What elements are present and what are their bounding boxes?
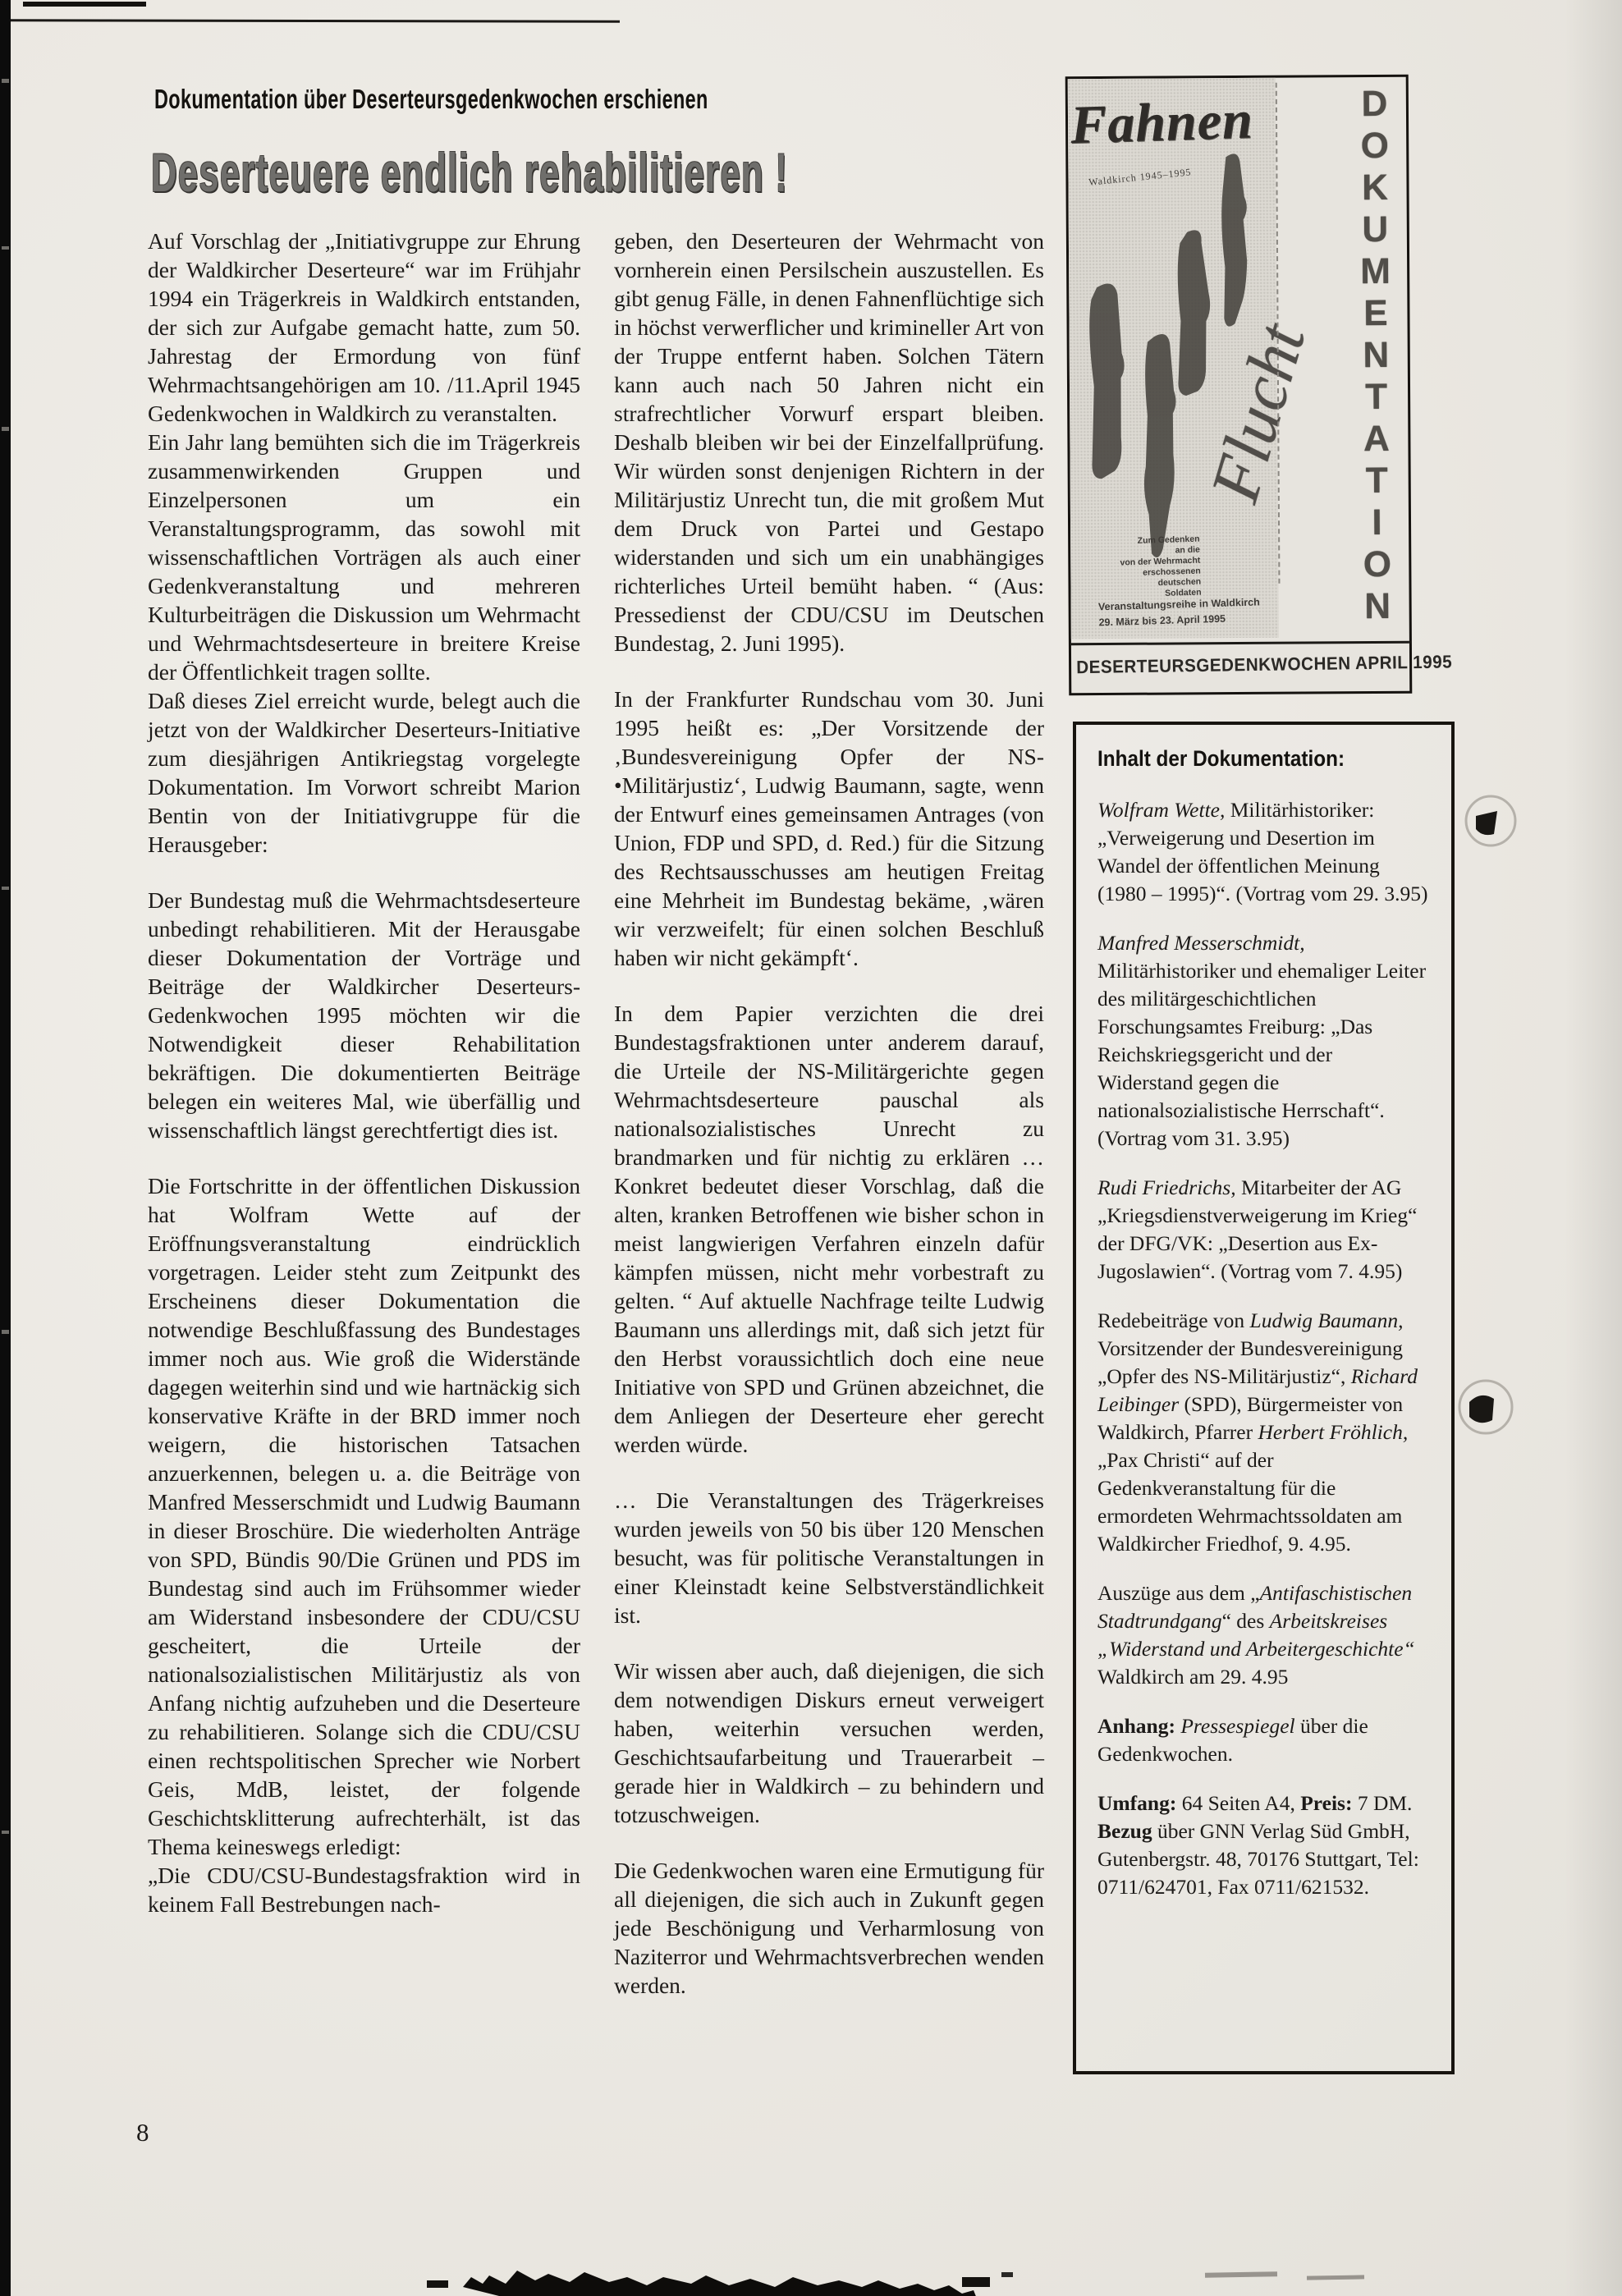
figure-caption: DESERTEURSGEDENKWOCHEN APRIL 1995 <box>1076 651 1452 678</box>
inhalt-entry: Wolfram Wette, Militärhistoriker: „Verwe… <box>1097 796 1432 908</box>
ink-spot <box>1448 1373 1519 1443</box>
article-column-middle: geben, den Deserteuren der Wehrmacht von… <box>614 227 1044 2000</box>
paragraph: In der Frankfurter Rundschau vom 30. Jun… <box>614 685 1044 972</box>
scan-top-mark <box>23 2 146 7</box>
scan-smudge <box>1307 2275 1364 2280</box>
scanned-newsletter-page: Dokumentation über Deserteursgedenkwoche… <box>0 0 1622 2296</box>
inhalt-entry: Manfred Messerschmidt, Militärhistoriker… <box>1097 929 1432 1153</box>
scan-top-line <box>11 19 620 23</box>
scan-smudge <box>1205 2271 1277 2278</box>
paragraph: Die Fortschritte in der öffentlichen Dis… <box>148 1171 580 1861</box>
cover-photo: Fahnen Waldkirch 1945–1995 Flucht Zum Ge… <box>1068 78 1279 639</box>
cover-memo-text: Zum Gedenkenan dievon der Wehrmachtersch… <box>1097 534 1201 602</box>
page-title: Deserteuere endlich rehabilitieren ! <box>151 141 788 204</box>
paragraph: Daß dieses Ziel erreicht wurde, belegt a… <box>148 686 580 859</box>
paragraph: Wir wissen aber auch, daß diejenigen, di… <box>614 1657 1044 1829</box>
inhalt-box: Inhalt der Dokumentation: Wolfram Wette,… <box>1073 722 1455 2074</box>
bottom-torn-strip <box>427 2262 1018 2296</box>
kicker: Dokumentation über Deserteursgedenkwoche… <box>154 84 708 115</box>
cover-series-text: Veranstaltungsreihe in Waldkirch 29. Mär… <box>1098 594 1261 630</box>
figure-caption-bar: DESERTEURSGEDENKWOCHEN APRIL 1995 <box>1071 641 1409 694</box>
inhalt-entries: Wolfram Wette, Militärhistoriker: „Verwe… <box>1097 796 1432 1901</box>
dokumentation-vertical-label: DOKUMENTATION <box>1354 84 1398 609</box>
scan-right-shadow <box>1565 0 1622 2296</box>
inhalt-entry: Redebeiträge von Ludwig Baumann, Vorsitz… <box>1097 1307 1432 1558</box>
ink-spot <box>1458 788 1523 854</box>
scan-left-edge <box>0 0 11 2296</box>
inhalt-entry: Auszüge aus dem „Antifaschistischen Stad… <box>1097 1579 1432 1691</box>
paragraph: Auf Vorschlag der „Initiativgruppe zur E… <box>148 227 580 428</box>
paragraph: „Die CDU/CSU-Bundestagsfraktion wird in … <box>148 1861 580 1918</box>
inhalt-entry: Rudi Friedrichs, Mitarbeiter der AG „Kri… <box>1097 1174 1432 1285</box>
paragraph: geben, den Deserteuren der Wehrmacht von… <box>614 227 1044 658</box>
paragraph: Die Gedenkwochen waren eine Ermutigung f… <box>614 1856 1044 2000</box>
article-column-left: Auf Vorschlag der „Initiativgruppe zur E… <box>148 227 580 1918</box>
paragraph: Der Bundestag muß die Wehrmachtsdeserteu… <box>148 886 580 1144</box>
inhalt-entry: Umfang: 64 Seiten A4, Preis: 7 DM. Bezug… <box>1097 1790 1432 1901</box>
paragraph: Ein Jahr lang bemühten sich die im Träge… <box>148 428 580 686</box>
book-cover-figure: Fahnen Waldkirch 1945–1995 Flucht Zum Ge… <box>1065 75 1413 696</box>
inhalt-heading: Inhalt der Dokumentation: <box>1097 746 1398 772</box>
paragraph: … Die Veranstaltungen des Trägerkreises … <box>614 1486 1044 1629</box>
page-number: 8 <box>136 2118 149 2147</box>
inhalt-entry: Anhang: Pressespiegel über die Gedenkwoc… <box>1097 1712 1432 1768</box>
paragraph: In dem Papier verzichten die drei Bundes… <box>614 999 1044 1459</box>
